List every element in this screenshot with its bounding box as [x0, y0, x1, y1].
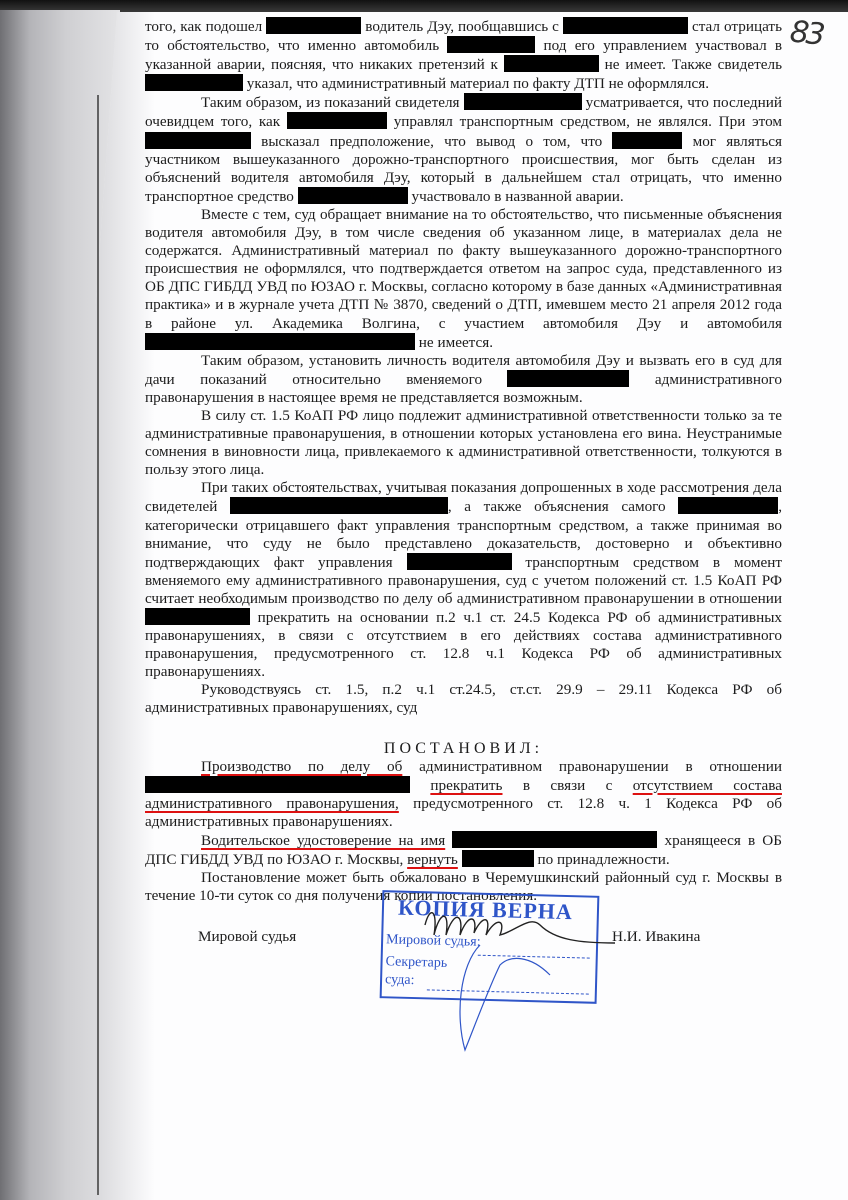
paragraph: Руководствуясь ст. 1.5, п.2 ч.1 ст.24.5,…: [145, 681, 782, 717]
paragraph: При таких обстоятельствах, учитывая пока…: [145, 479, 782, 681]
text-segment: не имеется.: [415, 334, 493, 351]
text-segment: высказал предположение, что вывод о том,…: [251, 133, 612, 150]
resolution-paragraphs: Производство по делу об административном…: [145, 758, 782, 906]
text-segment: по принадлежности.: [534, 851, 670, 868]
text-segment: водитель Дэу, пообщавшись с: [361, 18, 563, 35]
redaction-block: [452, 831, 657, 848]
text-segment: Вместе с тем, суд обращает внимание на т…: [145, 206, 782, 332]
redaction-block: [447, 36, 535, 53]
redaction-block: [563, 17, 688, 34]
redaction-block: [298, 187, 408, 204]
redaction-block: [507, 370, 629, 387]
redaction-block: [145, 74, 243, 91]
redaction-block: [230, 497, 448, 514]
redaction-block: [145, 776, 410, 793]
redaction-block: [464, 93, 582, 110]
text-segment: [445, 832, 452, 849]
paragraph: В силу ст. 1.5 КоАП РФ лицо подлежит адм…: [145, 407, 782, 479]
body-paragraphs: того, как подошел водитель Дэу, пообщавш…: [145, 17, 782, 718]
redaction-block: [287, 112, 387, 129]
underlined-text: Водительское удостоверение на имя: [201, 832, 445, 849]
redaction-block: [678, 497, 778, 514]
redaction-block: [462, 850, 534, 867]
text-segment: управлял транспортным средством, не явля…: [387, 113, 782, 130]
redaction-block: [145, 608, 250, 625]
redaction-block: [407, 553, 512, 570]
paragraph: Вместе с тем, суд обращает внимание на т…: [145, 206, 782, 352]
text-segment: [410, 777, 430, 794]
stamp-line-court: суда:: [385, 972, 415, 989]
paragraph: того, как подошел водитель Дэу, пообщавш…: [145, 17, 782, 93]
text-segment: в связи с: [503, 777, 633, 794]
text-segment: Таким образом, из показаний свидетеля: [201, 94, 464, 111]
judge-name: Н.И. Ивакина: [612, 928, 700, 946]
underlined-text: вернуть: [407, 851, 458, 868]
judge-role: Мировой судья: [198, 928, 296, 946]
paragraph: Водительское удостоверение на имя хранящ…: [145, 831, 782, 869]
text-segment: административном правонарушении в отноше…: [402, 758, 782, 775]
handwritten-page-number: 83: [788, 14, 824, 52]
handwritten-signature-icon: [420, 905, 620, 1055]
paragraph: Таким образом, установить личность водит…: [145, 352, 782, 407]
redaction-block: [145, 333, 415, 350]
text-segment: участвовало в названной аварии.: [408, 188, 624, 205]
underlined-text: Производство по делу об: [201, 758, 402, 775]
paragraph: Таким образом, из показаний свидетеля ус…: [145, 93, 782, 206]
text-segment: указал, что административный материал по…: [243, 75, 709, 92]
text-segment: В силу ст. 1.5 КоАП РФ лицо подлежит адм…: [145, 407, 782, 478]
redaction-block: [145, 132, 251, 149]
text-segment: того, как подошел: [145, 18, 266, 35]
page-fold-line: [97, 95, 99, 1195]
scan-top-edge: [0, 0, 848, 12]
resolution-heading: ПОСТАНОВИЛ:: [145, 740, 782, 758]
redaction-block: [612, 132, 682, 149]
text-segment: , а также объяснения самого: [448, 498, 678, 515]
redaction-block: [504, 55, 599, 72]
paragraph: Производство по делу об административном…: [145, 758, 782, 831]
redaction-block: [266, 17, 361, 34]
text-segment: Руководствуясь ст. 1.5, п.2 ч.1 ст.24.5,…: [145, 681, 782, 716]
document-body: того, как подошел водитель Дэу, пообщавш…: [145, 17, 782, 905]
underlined-text: прекратить: [430, 777, 502, 794]
text-segment: не имеет. Также свидетель: [599, 56, 782, 73]
